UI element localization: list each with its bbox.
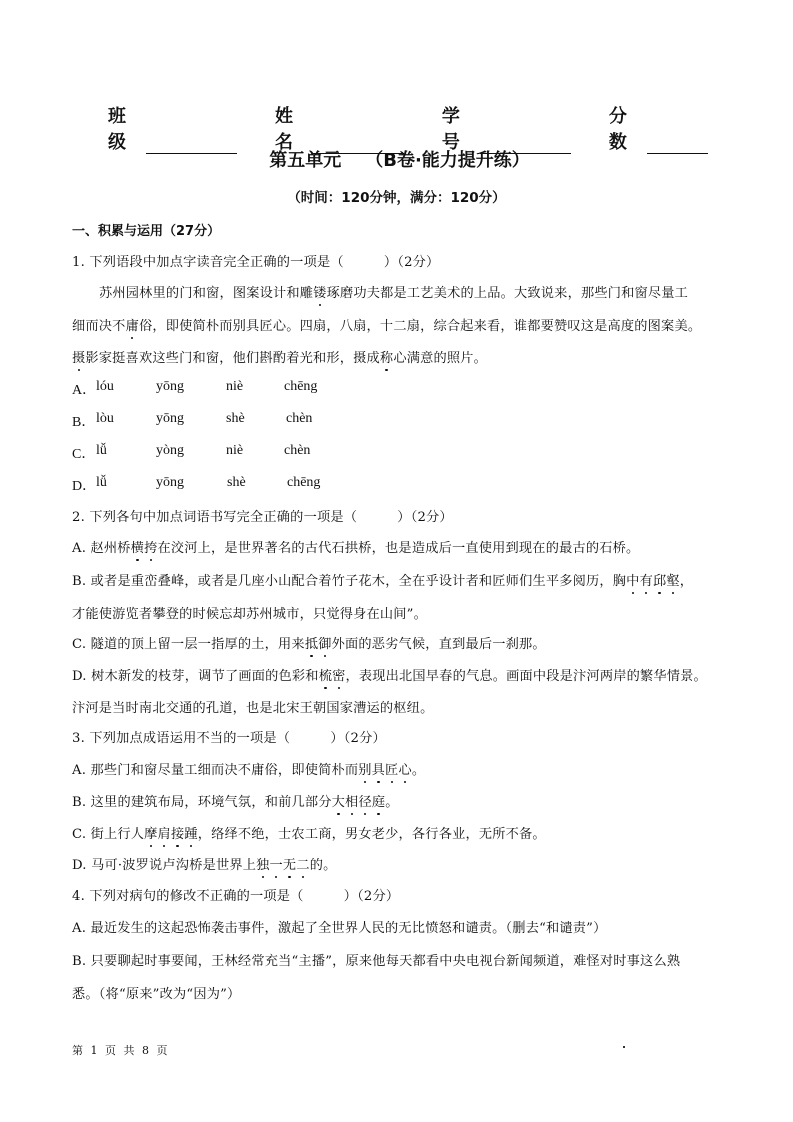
q1-passage-line: 摄影家挺喜欢这些门和窗，他们斟酌着光和形，摄成称心满意的照片。 [72,347,487,366]
q3-option-line: D. 马可·波罗说卢沟桥是世界上独一无二的。 [72,854,336,873]
q2-stem: 2. 下列各句中加点词语书写完全正确的一项是（ ）（2分） [72,506,453,525]
emphasized-char: 挎 [144,537,157,556]
q1-stem: 1. 下列语段中加点字读音完全正确的一项是（ ）（2分） [72,251,439,270]
emphasized-char: 踵 [184,823,197,842]
emphasized-char: 密 [332,665,345,684]
emphasized-char: 邱 [653,570,666,589]
q3-option-line: C. 街上行人摩肩接踵，络绎不绝，士农工商，男女老少，各行各业，无所不备。 [72,823,546,842]
volume-title: （B卷·能力提升练） [365,150,530,171]
emphasized-char: 无 [283,854,296,873]
page-number: 第 1 页 共 8 页 [72,1042,169,1058]
emphasized-char: 有 [640,570,653,589]
q4-stem: 4. 下列对病句的修改不正确的一项是（ ）（2分） [72,885,399,904]
emphasized-char: 镂 [313,282,326,301]
q2-option-line: 汴河是当时南北交通的孔道，也是北宋王朝国家漕运的枢纽。 [72,697,433,716]
emphasized-char: 称 [380,347,393,366]
q4-option-line: B. 只要聊起时事要闻，王林经常充当“主播”，原来他每天都看中央电视台新闻频道，… [72,950,680,969]
q1-passage-line: 细而决不庸俗，即使简朴而别具匠心。四扇，八扇，十二扇，综合起来看，谁都要赞叹这是… [72,315,701,334]
emphasized-char: 心 [398,759,411,778]
emphasized-char: 接 [171,823,184,842]
q2-option-line: C. 隧道的顶上留一层一指厚的土，用来抵御外面的恶劣气候，直到最后一刹那。 [72,633,546,652]
unit-title: 第五单元 [269,150,341,171]
emphasized-char: 具 [372,759,385,778]
emphasized-char: 中 [626,570,639,589]
q4-option-line: 悉。（将“原来”改为“因为”） [72,983,240,1002]
q2-option-line: B. 或者是重峦叠峰，或者是几座小山配合着竹子花木，全在乎设计者和匠师们生平多阅… [72,570,693,589]
q2-option-line: D. 树木新发的枝芽，调节了画面的色彩和梳密，表现出北国早春的气息。画面中段是汴… [72,665,707,684]
emphasized-char: 庸 [126,315,139,334]
q2-option-line: A. 赵州桥横挎在洨河上，是世界著名的古代石拱桥，也是造成后一直使用到现在的最古… [72,537,639,556]
emphasized-char: 二 [296,854,309,873]
emphasized-char: 御 [318,633,331,652]
emphasized-char: 肩 [158,823,171,842]
emphasized-char: 一 [270,854,283,873]
emphasized-char: 横 [131,537,144,556]
emphasized-char: 径 [358,791,371,810]
emphasized-char: 庭 [372,791,385,810]
q1-passage-line: 苏州园林里的门和窗，图案设计和雕镂琢磨功夫都是工艺美术的上品。大致说来，那些门和… [72,282,688,301]
section-heading: 一、积累与运用（27分） [72,220,220,239]
exam-page: 班级 姓名 学号 分数 第五单元（B卷·能力提升练） （时间：120分钟，满分：… [0,0,793,1122]
q3-option-line: A. 那些门和窗尽量工细而决不庸俗，即使简朴而别具匠心。 [72,759,425,778]
emphasized-char: 梳 [319,665,332,684]
q3-option-line: B. 这里的建筑布局，环境气氛，和前几部分大相径庭。 [72,791,399,810]
footer-mark [623,1046,625,1048]
q3-stem: 3. 下列加点成语运用不当的一项是（ ）（2分） [72,727,386,746]
emphasized-char: 大 [332,791,345,810]
exam-subtitle: （时间：120分钟，满分：120分） [0,186,793,206]
emphasized-char: 壑 [666,570,679,589]
page-title: 第五单元（B卷·能力提升练） [0,146,793,172]
emphasized-char: 摄 [72,347,85,366]
emphasized-char: 摩 [144,823,157,842]
emphasized-char: 抵 [305,633,318,652]
emphasized-char: 独 [256,854,269,873]
emphasized-char: 匠 [385,759,398,778]
q2-option-line: 才能使游览者攀登的时候忘却苏州城市，只觉得身在山间”。 [72,603,427,622]
emphasized-char: 别 [358,759,371,778]
q4-option-line: A. 最近发生的这起恐怖袭击事件，激起了全世界人民的无比愤怒和谴责。（删去“和谴… [72,917,607,936]
emphasized-char: 相 [345,791,358,810]
